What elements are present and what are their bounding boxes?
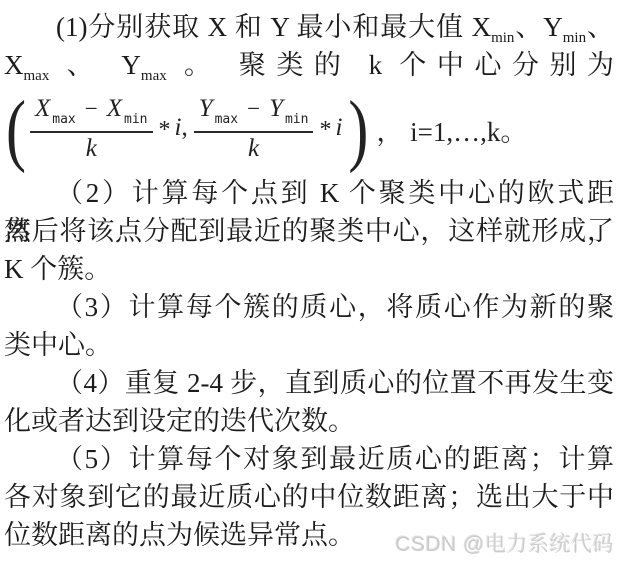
- formula-left-paren: (: [6, 89, 26, 170]
- formula-fraction-y: Ymax−Ymin k: [194, 95, 314, 163]
- step1-line2: Xmax 、 Ymax 。 聚类的 k 个中心分别为: [4, 46, 614, 84]
- paragraph-step4: （4）重复 2-4 步，直到质心的位置不再发生变 化或者达到设定的迭代次数。: [4, 364, 614, 440]
- step2-line1: （2）计算每个点到 K 个聚类中心的欧式距离，: [4, 174, 614, 212]
- formula-times-i-2: *i: [319, 114, 342, 144]
- formula-right-paren: ): [348, 89, 368, 170]
- step3-line2: 类中心。: [4, 326, 614, 364]
- document-page: (1)分别获取 X 和 Y 最小和最大值 Xmin、Ymin、 Xmax 、 Y…: [0, 0, 620, 554]
- cluster-centers-formula: ( Xmax−Xmin k *i, Ymax−Ymin k *i ) ， i=1…: [4, 84, 614, 174]
- paragraph-step1: (1)分别获取 X 和 Y 最小和最大值 Xmin、Ymin、 Xmax 、 Y…: [4, 8, 614, 84]
- step1-line1: (1)分别获取 X 和 Y 最小和最大值 Xmin、Ymin、: [4, 8, 614, 46]
- formula-times-i-1: *i,: [159, 114, 188, 144]
- step2-line3: K 个簇。: [4, 250, 614, 288]
- step4-line2: 化或者达到设定的迭代次数。: [4, 402, 614, 440]
- paragraph-step2: （2）计算每个点到 K 个聚类中心的欧式距离， 然后将该点分配到最近的聚类中心，…: [4, 174, 614, 288]
- paragraph-step3: （3）计算每个簇的质心，将质心作为新的聚 类中心。: [4, 288, 614, 364]
- step5-line2: 各对象到它的最近质心的中位数距离；选出大于中: [4, 478, 614, 516]
- fraction-x-denominator: k: [86, 133, 97, 163]
- step5-line1: （5）计算每个对象到最近质心的距离；计算: [4, 440, 614, 478]
- fraction-y-numerator: Ymax−Ymin: [194, 95, 314, 133]
- formula-index-range: ， i=1,…,k。: [376, 110, 527, 149]
- step4-line1: （4）重复 2-4 步，直到质心的位置不再发生变: [4, 364, 614, 402]
- step3-line1: （3）计算每个簇的质心，将质心作为新的聚: [4, 288, 614, 326]
- csdn-watermark: CSDN @电力系统代码: [395, 528, 614, 558]
- step2-line2: 然后将该点分配到最近的聚类中心，这样就形成了: [4, 212, 614, 250]
- formula-fraction-x: Xmax−Xmin k: [30, 95, 153, 163]
- fraction-x-numerator: Xmax−Xmin: [30, 95, 153, 133]
- fraction-y-denominator: k: [248, 133, 259, 163]
